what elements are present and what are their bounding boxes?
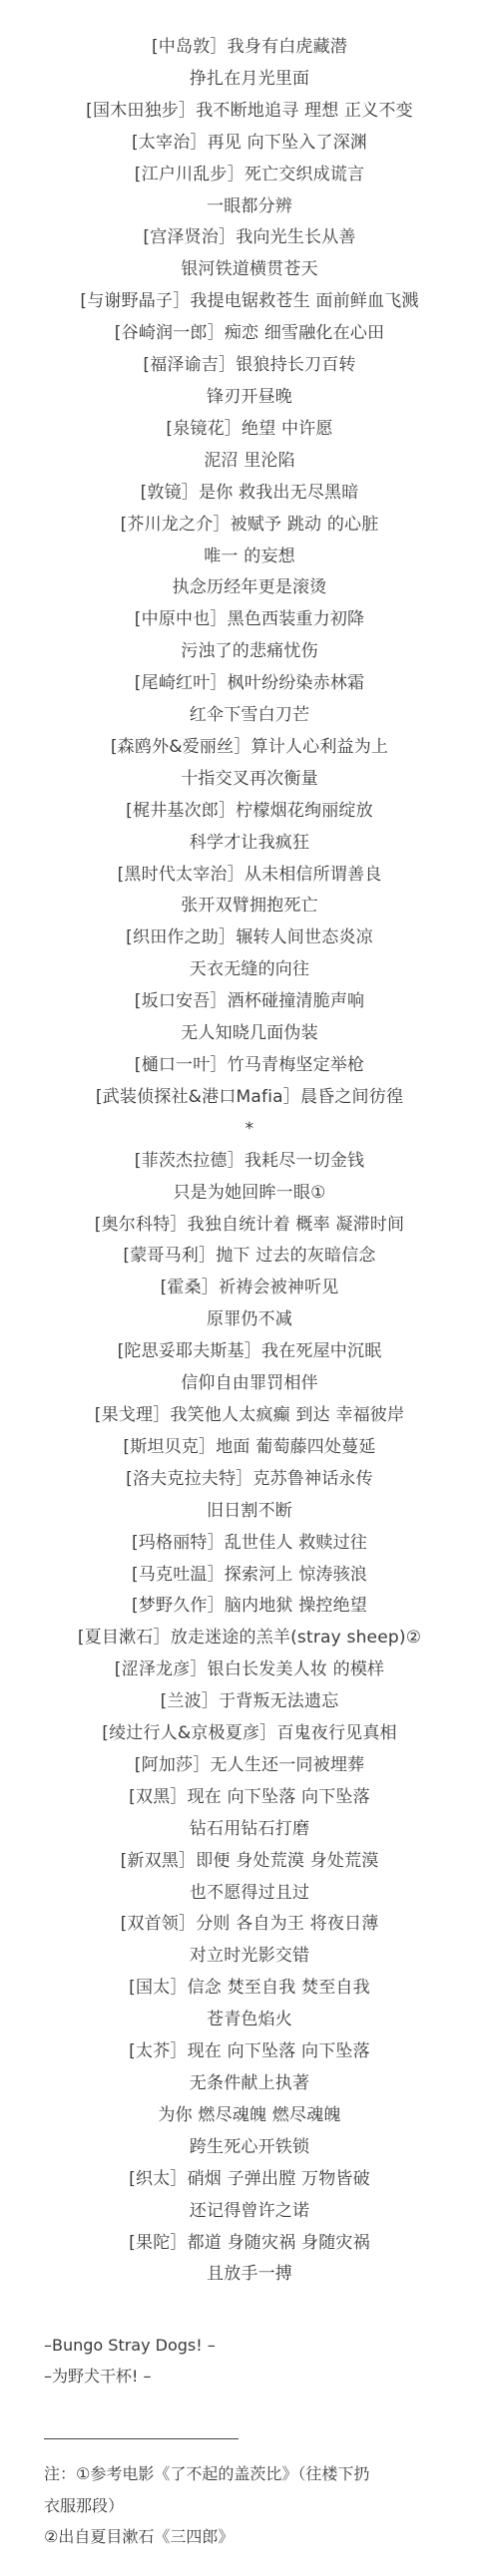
lyrics-body: [中岛敦］我身有白虎藏潜 挣扎在月光里面 [国木田独步］我不断地追寻 理想 正义… (0, 32, 499, 2291)
lyric-line: [宫泽贤治］我向光生长从善 (0, 222, 499, 254)
footnote-line: ②出自夏目漱石《三四郎》 (44, 2521, 463, 2553)
lyric-line: [樋口一叶］竹马青梅坚定举枪 (0, 1050, 499, 1082)
outro-line: –为野犬干杯! – (44, 2361, 216, 2392)
lyric-line: [芥川龙之介］被赋予 跳动 的心脏 (0, 510, 499, 542)
footnote-line: 注：①参考电影《了不起的盖茨比》（往楼下扔 (44, 2458, 463, 2490)
lyric-line: 唯一 的妄想 (0, 542, 499, 573)
lyric-line: [谷崎润一郎］痴恋 细雪融化在心田 (0, 318, 499, 350)
lyric-line: 执念历经年更是滚烫 (0, 572, 499, 604)
lyric-line: [洛夫克拉夫特］克苏鲁神话永传 (0, 1464, 499, 1496)
footnotes: 注：①参考电影《了不起的盖茨比》（往楼下扔 衣服那段） ②出自夏目漱石《三四郎》 (44, 2458, 463, 2553)
lyric-line: [玛格丽特］乱世佳人 救赎过往 (0, 1528, 499, 1560)
lyric-line: 挣扎在月光里面 (0, 64, 499, 96)
lyric-line: 天衣无缝的向往 (0, 954, 499, 986)
lyric-line: [中原中也］黑色西装重力初降 (0, 604, 499, 636)
lyric-line: 无人知晓几面伪装 (0, 1018, 499, 1050)
lyric-line: [与谢野晶子］我提电锯救苍生 面前鲜血飞溅 (0, 286, 499, 318)
lyric-line: [敦镜］是你 救我出无尽黑暗 (0, 478, 499, 510)
lyric-line: [蒙哥马利］抛下 过去的灰暗信念 (0, 1241, 499, 1273)
lyric-line: [阿加莎］无人生还一同被埋葬 (0, 1750, 499, 1782)
lyric-line: [国太］信念 焚至自我 焚至自我 (0, 1973, 499, 2005)
lyric-line: [马克吐温］探索河上 惊涛骇浪 (0, 1560, 499, 1592)
lyric-line: 苍青色焰火 (0, 2005, 499, 2036)
outro-line: –Bungo Stray Dogs! – (44, 2330, 216, 2361)
lyric-line: [武装侦探社&港口Mafia］晨昏之间彷徨 (0, 1082, 499, 1114)
lyric-line: 银河铁道横贯苍天 (0, 254, 499, 286)
lyric-line: 科学才让我疯狂 (0, 828, 499, 860)
lyric-line: 旧日割不断 (0, 1496, 499, 1528)
lyric-line: 张开双臂拥抱死亡 (0, 891, 499, 922)
lyric-line: 跨生死心开铁锁 (0, 2132, 499, 2164)
lyric-line: [泉镜花］绝望 中许愿 (0, 414, 499, 446)
lyric-line: 泥沼 里沦陷 (0, 446, 499, 478)
lyric-line: [绫辻行人&京极夏彦］百鬼夜行见真相 (0, 1718, 499, 1750)
lyric-line: [果陀］都道 身随灾祸 身随灾祸 (0, 2228, 499, 2260)
lyric-line: [陀思妥耶夫斯基］我在死屋中沉眠 (0, 1336, 499, 1368)
lyric-line: [涩泽龙彦］银白长发美人妆 的模样 (0, 1655, 499, 1686)
lyric-line: 钻石用钻石打磨 (0, 1814, 499, 1846)
lyric-line: [森鸥外&爱丽丝］算计人心利益为上 (0, 732, 499, 764)
lyric-line: [兰波］于背叛无法遗忘 (0, 1686, 499, 1718)
lyric-line: [梦野久作］脑内地狱 操控绝望 (0, 1591, 499, 1623)
lyric-line: [果戈理］我笑他人太疯癫 到达 幸福彼岸 (0, 1400, 499, 1432)
lyric-line: [江户川乱步］死亡交织成谎言 (0, 160, 499, 191)
lyric-line: [织田作之助］辗转人间世态炎凉 (0, 922, 499, 954)
lyric-line: [福泽谕吉］银狼持长刀百转 (0, 350, 499, 382)
lyric-line: [夏目漱石］放走迷途的羔羊(stray sheep)② (0, 1623, 499, 1655)
lyric-line: 对立时光影交错 (0, 1941, 499, 1973)
lyric-line: 原罪仍不减 (0, 1304, 499, 1336)
lyric-line: [织太］硝烟 子弹出膛 万物皆破 (0, 2164, 499, 2196)
lyric-line: [黑时代太宰治］从未相信所谓善良 (0, 860, 499, 892)
lyric-line: [霍桑］祈祷会被神听见 (0, 1273, 499, 1304)
lyric-line: 锋刃开昼晚 (0, 382, 499, 414)
lyric-line: [斯坦贝克］地面 葡萄藤四处蔓延 (0, 1432, 499, 1464)
lyric-line: [奥尔科特］我独自统计着 概率 凝滞时间 (0, 1210, 499, 1242)
lyric-line: 十指交叉再次衡量 (0, 764, 499, 796)
lyric-line: 污浊了的悲痛忧伤 (0, 636, 499, 668)
outro-block: –Bungo Stray Dogs! – –为野犬干杯! – (44, 2330, 216, 2392)
lyric-line: 一眼都分辨 (0, 191, 499, 223)
lyric-line: [新双黑］即便 身处荒漠 身处荒漠 (0, 1846, 499, 1878)
lyric-line: 红伞下雪白刀芒 (0, 700, 499, 732)
section-divider-asterisk: * (0, 1114, 499, 1146)
lyric-line: 只是为她回眸一眼① (0, 1178, 499, 1210)
footnote-line: 衣服那段） (44, 2490, 463, 2522)
lyric-line: 为你 燃尽魂魄 燃尽魂魄 (0, 2100, 499, 2132)
lyric-line: [中岛敦］我身有白虎藏潜 (0, 32, 499, 64)
lyric-line: 无条件献上执著 (0, 2068, 499, 2100)
lyric-line: [国木田独步］我不断地追寻 理想 正义不变 (0, 96, 499, 128)
lyric-line: 信仰自由罪罚相伴 (0, 1368, 499, 1400)
lyric-line: 且放手一搏 (0, 2259, 499, 2291)
lyric-line: [双首领］分则 各自为王 将夜日薄 (0, 1909, 499, 1941)
lyric-line: 也不愿得过且过 (0, 1878, 499, 1910)
lyric-line: 还记得曾许之诺 (0, 2196, 499, 2228)
lyric-line: [坂口安吾］酒杯碰撞清脆声响 (0, 986, 499, 1018)
lyric-line: [双黑］现在 向下坠落 向下坠落 (0, 1782, 499, 1814)
lyric-line: [梶井基次郎］柠檬烟花绚丽绽放 (0, 796, 499, 828)
lyric-line: [太宰治］再见 向下坠入了深渊 (0, 128, 499, 160)
lyric-line: [菲茨杰拉德］我耗尽一切金钱 (0, 1146, 499, 1178)
lyric-line: [尾崎红叶］枫叶纷纷染赤林霜 (0, 668, 499, 700)
footnote-separator (44, 2438, 239, 2439)
lyric-line: [太芥］现在 向下坠落 向下坠落 (0, 2036, 499, 2068)
